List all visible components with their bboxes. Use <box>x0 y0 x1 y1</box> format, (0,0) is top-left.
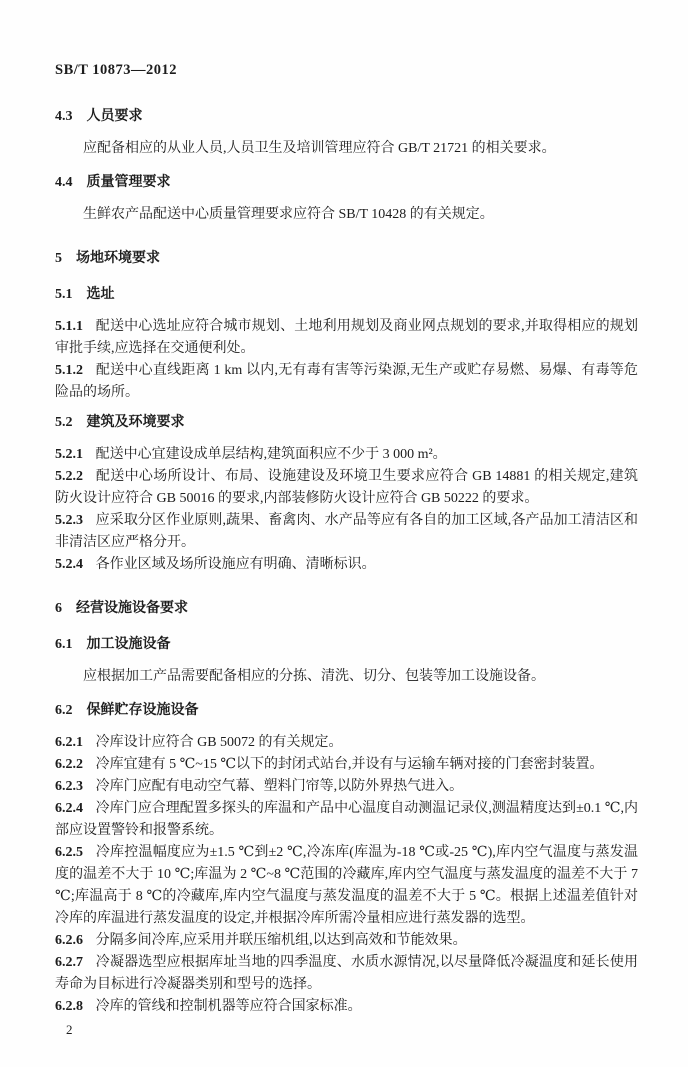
clause: 6.2.8冷库的管线和控制机器等应符合国家标准。 <box>55 996 638 1018</box>
clause-number: 6.2.7 <box>55 955 83 970</box>
clause-number: 5.2.4 <box>55 557 83 572</box>
clause-text: 冷库宜建有 5 ℃~15 ℃以下的封闭式站台,并设有与运输车辆对接的门套密封装置… <box>96 757 604 772</box>
heading-number: 6.1 <box>55 637 73 652</box>
page-number: 2 <box>66 1020 73 1040</box>
body-paragraph: 应根据加工产品需要配备相应的分拣、清洗、切分、包装等加工设施设备。 <box>55 666 638 688</box>
clause-number: 6.2.8 <box>55 999 83 1014</box>
clause-number: 6.2.5 <box>55 845 83 860</box>
clause: 6.2.3冷库门应配有电动空气幕、塑料门帘等,以防外界热气进入。 <box>55 776 638 798</box>
clause-text: 冷库的管线和控制机器等应符合国家标准。 <box>96 999 362 1014</box>
clause-text: 冷库设计应符合 GB 50072 的有关规定。 <box>96 735 343 750</box>
heading-number: 5.2 <box>55 415 73 430</box>
heading-title: 建筑及环境要求 <box>87 415 185 430</box>
clause: 5.2.4各作业区域及场所设施应有明确、清晰标识。 <box>55 554 638 576</box>
clause: 6.2.2冷库宜建有 5 ℃~15 ℃以下的封闭式站台,并设有与运输车辆对接的门… <box>55 754 638 776</box>
subsection-heading: 4.4质量管理要求 <box>55 172 638 194</box>
heading-number: 4.3 <box>55 109 73 124</box>
subsection-heading: 6.1加工设施设备 <box>55 634 638 656</box>
clause-text: 配送中心宜建设成单层结构,建筑面积应不少于 3 000 m²。 <box>96 447 447 462</box>
clause-text: 配送中心场所设计、布局、设施建设及环境卫生要求应符合 GB 14881 的相关规… <box>55 469 638 506</box>
section-heading: 5场地环境要求 <box>55 248 638 270</box>
document-page: SB/T 10873—2012 4.3人员要求应配备相应的从业人员,人员卫生及培… <box>0 0 688 1067</box>
clause-text: 分隔多间冷库,应采用并联压缩机组,以达到高效和节能效果。 <box>96 933 467 948</box>
heading-number: 4.4 <box>55 175 73 190</box>
clause-text: 配送中心选址应符合城市规划、土地利用规划及商业网点规划的要求,并取得相应的规划审… <box>55 319 638 356</box>
clause: 6.2.6分隔多间冷库,应采用并联压缩机组,以达到高效和节能效果。 <box>55 930 638 952</box>
clause-number: 5.1.2 <box>55 363 83 378</box>
heading-title: 经营设施设备要求 <box>76 601 188 616</box>
heading-title: 人员要求 <box>87 109 143 124</box>
clause: 5.2.2配送中心场所设计、布局、设施建设及环境卫生要求应符合 GB 14881… <box>55 466 638 510</box>
clause-number: 6.2.3 <box>55 779 83 794</box>
subsection-heading: 5.2建筑及环境要求 <box>55 412 638 434</box>
clause: 5.2.1配送中心宜建设成单层结构,建筑面积应不少于 3 000 m²。 <box>55 444 638 466</box>
heading-title: 选址 <box>87 287 115 302</box>
clause-number: 5.2.3 <box>55 513 83 528</box>
clause-text: 冷库门应合理配置多探头的库温和产品中心温度自动测温记录仪,测温精度达到±0.1 … <box>55 801 638 838</box>
clause-text: 各作业区域及场所设施应有明确、清晰标识。 <box>96 557 376 572</box>
heading-number: 5.1 <box>55 287 73 302</box>
clause: 5.1.1配送中心选址应符合城市规划、土地利用规划及商业网点规划的要求,并取得相… <box>55 316 638 360</box>
clause-text: 配送中心直线距离 1 km 以内,无有毒有害等污染源,无生产或贮存易燃、易爆、有… <box>55 363 638 400</box>
subsection-heading: 5.1选址 <box>55 284 638 306</box>
body-paragraph: 应配备相应的从业人员,人员卫生及培训管理应符合 GB/T 21721 的相关要求… <box>55 138 638 160</box>
clause-text: 冷库控温幅度应为±1.5 ℃到±2 ℃,冷冻库(库温为-18 ℃或-25 ℃),… <box>55 845 638 926</box>
body-paragraph: 生鲜农产品配送中心质量管理要求应符合 SB/T 10428 的有关规定。 <box>55 204 638 226</box>
clause-number: 6.2.4 <box>55 801 83 816</box>
standard-number-header: SB/T 10873—2012 <box>55 59 177 81</box>
heading-title: 场地环境要求 <box>76 251 160 266</box>
subsection-heading: 6.2保鲜贮存设施设备 <box>55 700 638 722</box>
heading-number: 5 <box>55 251 62 266</box>
section-heading: 6经营设施设备要求 <box>55 598 638 620</box>
clause-number: 5.2.2 <box>55 469 83 484</box>
clause-number: 6.2.2 <box>55 757 83 772</box>
clause: 6.2.1冷库设计应符合 GB 50072 的有关规定。 <box>55 732 638 754</box>
clause-text: 应采取分区作业原则,蔬果、畜禽肉、水产品等应有各自的加工区域,各产品加工清洁区和… <box>55 513 638 550</box>
clause-text: 冷凝器选型应根据库址当地的四季温度、水质水源情况,以尽量降低冷凝温度和延长使用寿… <box>55 955 638 992</box>
clause: 5.2.3应采取分区作业原则,蔬果、畜禽肉、水产品等应有各自的加工区域,各产品加… <box>55 510 638 554</box>
subsection-heading: 4.3人员要求 <box>55 106 638 128</box>
heading-title: 保鲜贮存设施设备 <box>87 703 199 718</box>
heading-title: 加工设施设备 <box>87 637 171 652</box>
clause-number: 5.1.1 <box>55 319 83 334</box>
heading-number: 6.2 <box>55 703 73 718</box>
clause-number: 6.2.1 <box>55 735 83 750</box>
clause: 6.2.4冷库门应合理配置多探头的库温和产品中心温度自动测温记录仪,测温精度达到… <box>55 798 638 842</box>
clause-number: 6.2.6 <box>55 933 83 948</box>
document-content: 4.3人员要求应配备相应的从业人员,人员卫生及培训管理应符合 GB/T 2172… <box>55 98 638 1018</box>
clause: 6.2.7冷凝器选型应根据库址当地的四季温度、水质水源情况,以尽量降低冷凝温度和… <box>55 952 638 996</box>
clause: 6.2.5冷库控温幅度应为±1.5 ℃到±2 ℃,冷冻库(库温为-18 ℃或-2… <box>55 842 638 930</box>
heading-number: 6 <box>55 601 62 616</box>
clause: 5.1.2配送中心直线距离 1 km 以内,无有毒有害等污染源,无生产或贮存易燃… <box>55 360 638 404</box>
clause-text: 冷库门应配有电动空气幕、塑料门帘等,以防外界热气进入。 <box>96 779 464 794</box>
heading-title: 质量管理要求 <box>87 175 171 190</box>
clause-number: 5.2.1 <box>55 447 83 462</box>
